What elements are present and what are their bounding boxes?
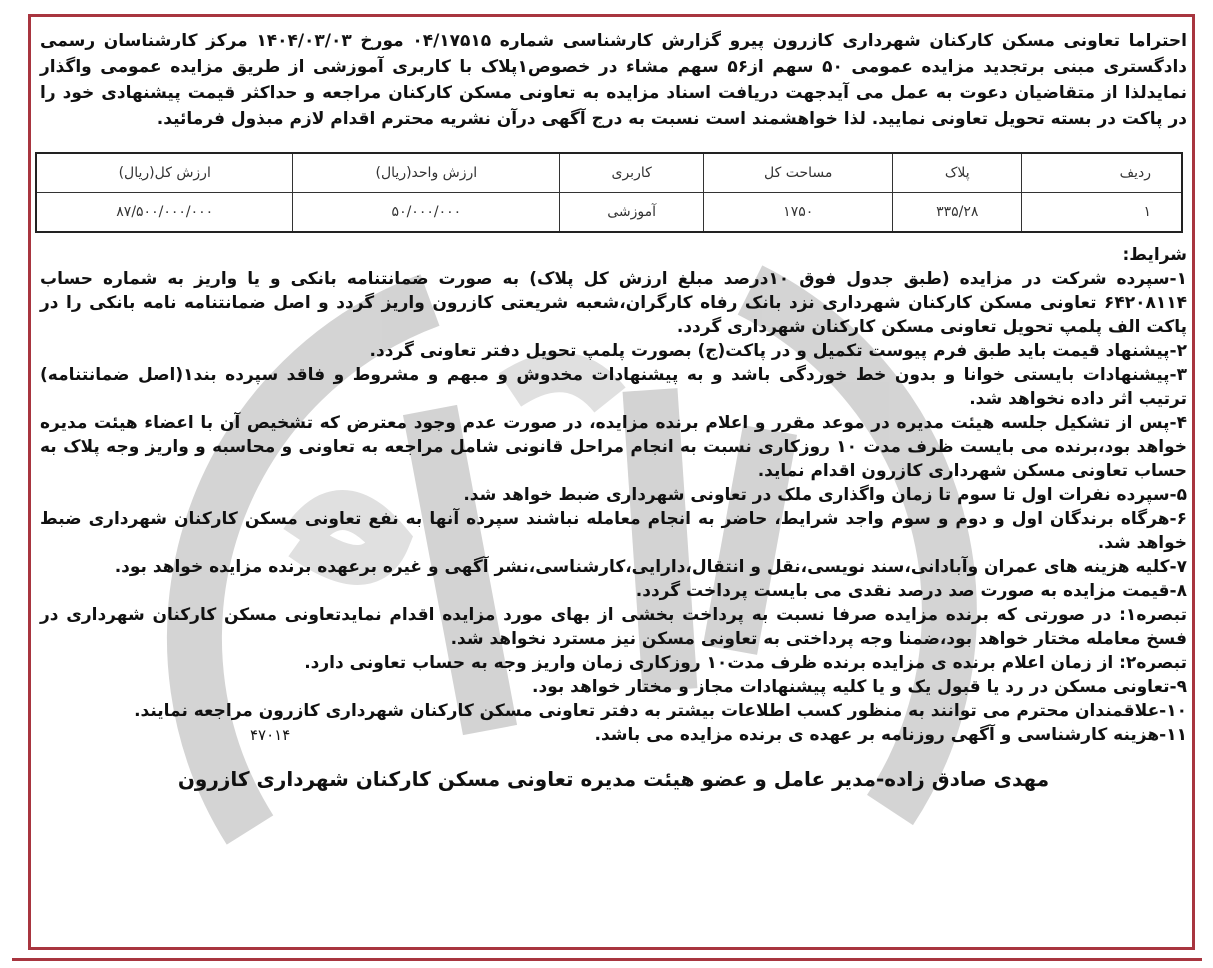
- conditions-list: ۱-سپرده شرکت در مزایده (طبق جدول فوق ۱۰د…: [36, 267, 1191, 747]
- condition-item: ۲-پیشنهاد قیمت باید طبق فرم پیوست تکمیل …: [40, 339, 1187, 363]
- condition-item-last: ۱۱-هزینه کارشناسی و آگهی روزنامه بر عهده…: [40, 723, 1187, 747]
- condition-item: ۶-هرگاه برندگان اول و دوم و سوم واجد شرا…: [40, 507, 1187, 555]
- condition-item: ۹-تعاونی مسکن در رد یا قبول یک و یا کلیه…: [40, 675, 1187, 699]
- note-item: تبصره۲: از زمان اعلام برنده ی مزایده برن…: [40, 651, 1187, 675]
- lots-table: ردیف پلاک مساحت کل کاربری ارزش واحد(ریال…: [35, 152, 1183, 233]
- condition-item: ۱۱-هزینه کارشناسی و آگهی روزنامه بر عهده…: [595, 723, 1187, 747]
- condition-item: ۱-سپرده شرکت در مزایده (طبق جدول فوق ۱۰د…: [40, 267, 1187, 339]
- cell-unit-value: ۵۰/۰۰۰/۰۰۰: [293, 193, 560, 233]
- frame-bottom-divider: [12, 958, 1202, 961]
- condition-item: ۳-پیشنهادات بایستی خوانا و بدون خط خوردگ…: [40, 363, 1187, 411]
- cell-total-area: ۱۷۵۰: [704, 193, 893, 233]
- header-total-value: ارزش کل(ریال): [36, 153, 293, 193]
- header-usage: کاربری: [560, 153, 704, 193]
- table-row: ۱ ۳۳۵/۲۸ ۱۷۵۰ آموزشی ۵۰/۰۰۰/۰۰۰ ۸۷/۵۰۰/۰…: [36, 193, 1182, 233]
- cell-plate: ۳۳۵/۲۸: [893, 193, 1022, 233]
- note-item: تبصره۱: در صورتی که برنده مزایده صرفا نس…: [40, 603, 1187, 651]
- signature-line: مهدی صادق زاده-مدیر عامل و عضو هیئت مدیر…: [36, 767, 1191, 791]
- auction-notice: احتراما تعاونی مسکن کارکنان شهرداری کازر…: [36, 22, 1191, 791]
- header-row-number: ردیف: [1022, 153, 1182, 193]
- ad-code: ۴۷۰۱۴: [250, 723, 290, 747]
- condition-item: ۴-پس از تشکیل جلسه هیئت مدیره در موعد مق…: [40, 411, 1187, 483]
- condition-item: ۵-سپرده نفرات اول تا سوم تا زمان واگذاری…: [40, 483, 1187, 507]
- cell-total-value: ۸۷/۵۰۰/۰۰۰/۰۰۰: [36, 193, 293, 233]
- table-header-row: ردیف پلاک مساحت کل کاربری ارزش واحد(ریال…: [36, 153, 1182, 193]
- header-plate: پلاک: [893, 153, 1022, 193]
- condition-item: ۷-کلیه هزینه های عمران وآبادانی،سند نویس…: [40, 555, 1187, 579]
- condition-item: ۸-قیمت مزایده به صورت صد درصد نقدی می با…: [40, 579, 1187, 603]
- header-unit-value: ارزش واحد(ریال): [293, 153, 560, 193]
- intro-paragraph: احتراما تعاونی مسکن کارکنان شهرداری کازر…: [40, 28, 1187, 132]
- condition-item: ۱۰-علاقمندان محترم می توانند به منظور کس…: [40, 699, 1187, 723]
- header-total-area: مساحت کل: [704, 153, 893, 193]
- cell-usage: آموزشی: [560, 193, 704, 233]
- cell-row-number: ۱: [1022, 193, 1182, 233]
- conditions-heading: شرایط:: [40, 243, 1187, 267]
